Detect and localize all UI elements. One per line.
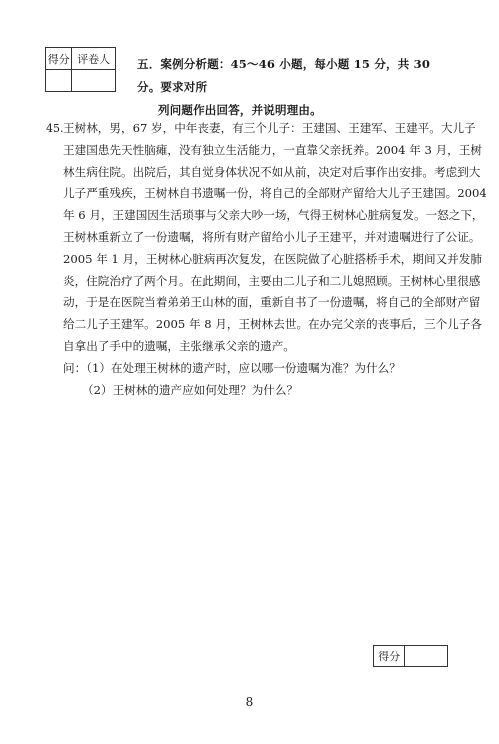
body-line: 年 6 月，王建国因生活琐事与父亲大吵一场，气得王树林心脏病复发。一怒之下，: [63, 205, 450, 227]
section-heading: 五．案例分析题：45～46 小题，每小题 15 分，共 30 分。要求对所 列问…: [137, 53, 457, 122]
body-line: 王树林，男，67 岁，中年丧妻，有三个儿子：王建国、王建军、王建平。大儿子: [63, 118, 450, 140]
question-45: 45. 王树林，男，67 岁，中年丧妻，有三个儿子：王建国、王建军、王建平。大儿…: [46, 118, 450, 401]
score-label: 得分: [46, 48, 72, 70]
body-line: 自拿出了手中的遗嘱，主张继承父亲的遗产。: [63, 336, 450, 358]
section-heading-line-1: 五．案例分析题：45～46 小题，每小题 15 分，共 30 分。要求对所: [137, 53, 457, 99]
header-score-table: 得分 评卷人: [45, 47, 116, 92]
body-line: 动，于是在医院当着弟弟王山林的面，重新自书了一份遗嘱，将自己的全部财产留: [63, 292, 450, 314]
question-body: 王树林，男，67 岁，中年丧妻，有三个儿子：王建国、王建军、王建平。大儿子 王建…: [63, 118, 450, 358]
grader-label: 评卷人: [72, 48, 116, 70]
body-line: 王建国患先天性脑瘫，没有独立生活能力，一直靠父亲抚养。2004 年 3 月，王树: [63, 140, 450, 162]
body-line: 林生病住院。出院后，其自觉身体状况不如从前，决定对后事作出安排。考虑到大: [63, 162, 450, 184]
page-number: 8: [0, 695, 499, 709]
body-line: 炎，住院治疗了两个月。在此期间，主要由二儿子和二儿媳照顾。王树林心里很感: [63, 271, 450, 293]
score-field[interactable]: [46, 70, 72, 92]
footer-score-label: 得分: [374, 646, 405, 667]
grader-field[interactable]: [72, 70, 116, 92]
body-line: 2005 年 1 月，王树林心脏病再次复发，在医院做了心脏搭桥手术，期间又并发肺: [63, 249, 450, 271]
sub-question-1: 问：（1）在处理王树林的遗产时，应以哪一份遗嘱为准？为什么？: [63, 358, 450, 380]
question-asks: 问：（1）在处理王树林的遗产时，应以哪一份遗嘱为准？为什么？ （2）王树林的遗产…: [63, 358, 450, 402]
footer-score-table: 得分: [373, 645, 448, 667]
footer-score-field[interactable]: [405, 646, 448, 667]
question-number: 45.: [46, 118, 64, 140]
body-line: 儿子严重残疾，王树林自书遗嘱一份，将自己的全部财产留给大儿子王建国。2004: [63, 183, 450, 205]
body-line: 王树林重新立了一份遗嘱，将所有财产留给小儿子王建平，并对遗嘱进行了公证。: [63, 227, 450, 249]
sub-question-2: （2）王树林的遗产应如何处理？为什么？: [63, 380, 450, 402]
body-line: 给二儿子王建军。2005 年 8 月，王树林去世。在办完父亲的丧事后，三个儿子各: [63, 314, 450, 336]
